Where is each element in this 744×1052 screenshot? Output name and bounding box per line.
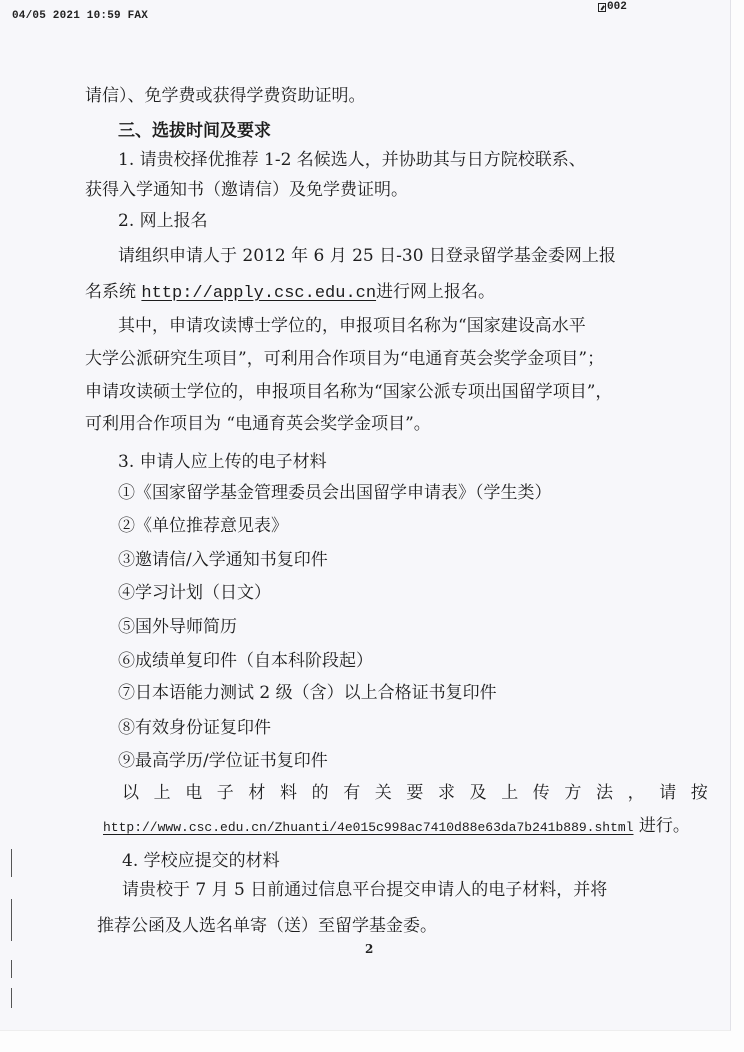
material-item: ④学习计划（日文） [118,583,271,603]
fax-page-icon [598,3,606,12]
fax-page-mark: 002 [598,1,627,13]
item2-title: 2. 网上报名 [118,211,208,231]
material-item: ⑧有效身份证复印件 [118,718,271,738]
item2-p1-suffix: 进行网上报名。 [376,282,495,302]
material-item: ⑤国外导师简历 [118,617,237,637]
upload-note-line2: http://www.csc.edu.cn/Zhuanti/4e015c998a… [103,816,690,838]
material-item: ⑦日本语能力测试 2 级（含）以上合格证书复印件 [118,683,497,703]
scan-margin-mark [11,960,12,978]
upload-guide-link[interactable]: http://www.csc.edu.cn/Zhuanti/4e015c998a… [103,820,634,835]
material-item: ③邀请信/入学通知书复印件 [118,550,328,570]
item4-line2: 推荐公函及人选名单寄（送）至留学基金委。 [97,916,437,936]
upload-note-suffix: 进行。 [634,816,690,836]
item1-line1: 1. 请贵校择优推荐 1-2 名候选人，并协助其与日方院校联系、 [118,150,586,170]
intro-tail: 请信）、免学费或获得学费资助证明。 [85,86,366,106]
material-item: ②《单位推荐意见表》 [118,516,288,536]
fax-timestamp: 04/05 2021 10:59 FAX [12,10,148,22]
section-title: 三、选拔时间及要求 [118,121,271,141]
material-item: ①《国家留学基金管理委员会出国留学申请表》（学生类） [118,483,552,503]
item2-p2-line2: 大学公派研究生项目”，可利用合作项目为“电通育英会奖学金项目”； [85,349,604,369]
item2-p2-line1: 其中，申请攻读博士学位的，申报项目名称为“国家建设高水平 [118,316,586,336]
item1-line2: 获得入学通知书（邀请信）及免学费证明。 [85,180,408,200]
upload-note-line1: 以上电子材料的有关要求及上传方法，请按 [122,783,722,803]
apply-link[interactable]: http://apply.csc.edu.cn [141,284,376,303]
item2-p1-line1: 请组织申请人于 2012 年 6 月 25 日-30 日登录留学基金委网上报 [118,246,616,266]
item2-p1-line2: 名系统 http://apply.csc.edu.cn进行网上报名。 [85,282,495,304]
scan-margin-mark [11,849,12,877]
item2-p2-line3: 申请攻读硕士学位的，申报项目名称为“国家公派专项出国留学项目”， [85,382,612,402]
scan-margin-mark [11,899,12,941]
material-item: ⑨最高学历/学位证书复印件 [118,751,328,771]
document-page: 04/05 2021 10:59 FAX 002 请信）、免学费或获得学费资助证… [0,0,731,1031]
fax-page-number: 002 [607,1,627,13]
item4-title: 4. 学校应提交的材料 [122,851,280,871]
item2-p2-line4: 可利用合作项目为 “电通育英会奖学金项目”。 [85,414,431,434]
page-number: 2 [365,942,373,956]
scan-margin-mark [11,988,12,1008]
material-item: ⑥成绩单复印件（自本科阶段起） [118,651,373,671]
item2-p1-prefix: 名系统 [85,282,141,302]
item3-title: 3. 申请人应上传的电子材料 [118,452,327,472]
item4-line1: 请贵校于 7 月 5 日前通过信息平台提交申请人的电子材料，并将 [122,880,607,900]
